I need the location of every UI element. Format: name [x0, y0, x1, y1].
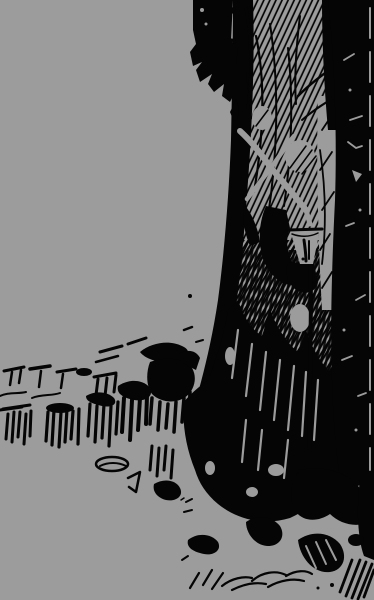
support-stick	[309, 233, 311, 448]
background-tree	[328, 0, 374, 488]
illustration-canvas: Black pen-and-ink drawing on flat gray: …	[0, 0, 374, 600]
background-tree-trunk	[328, 0, 374, 488]
cup-rim	[288, 229, 322, 230]
tree-tapping-illustration: Black pen-and-ink drawing on flat gray: …	[0, 0, 374, 600]
